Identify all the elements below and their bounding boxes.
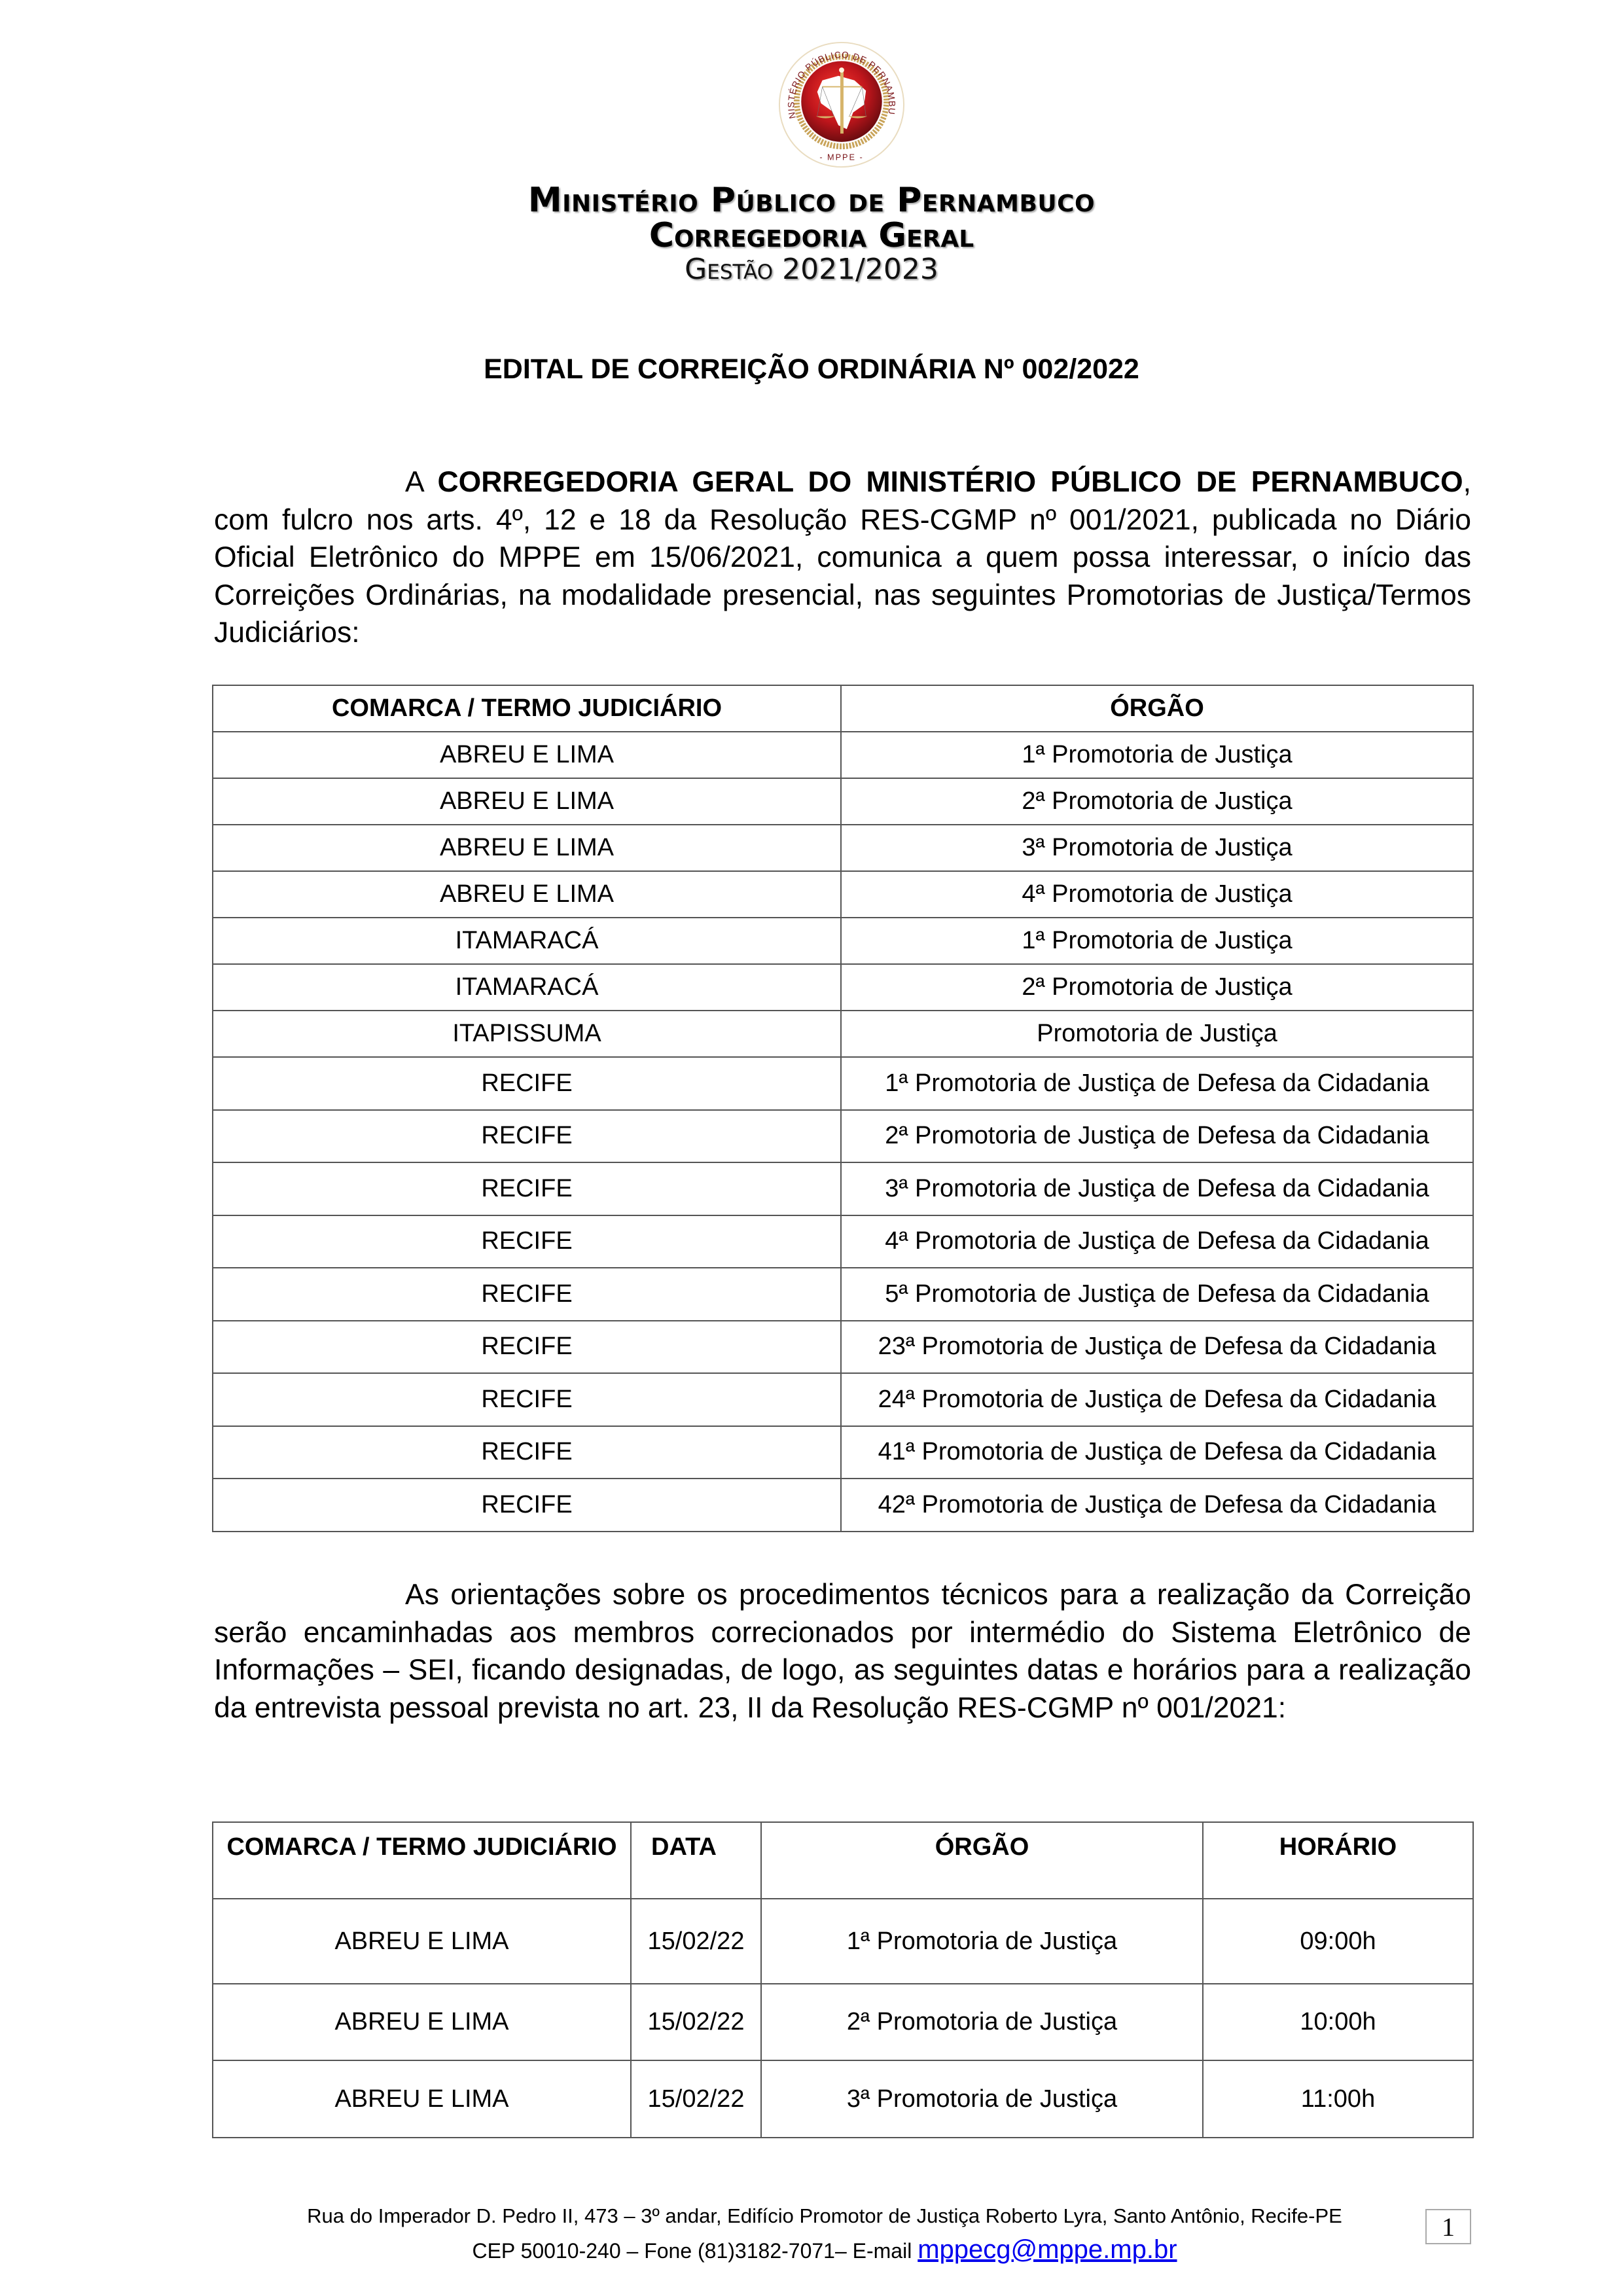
procedures-paragraph: As orientações sobre os procedimentos té… xyxy=(214,1576,1471,1727)
cell-orgao: 24ª Promotoria de Justiça de Defesa da C… xyxy=(841,1373,1473,1426)
cell-horario: 09:00h xyxy=(1203,1899,1473,1984)
cell-orgao: 2ª Promotoria de Justiça xyxy=(841,964,1473,1011)
table-row: RECIFE5ª Promotoria de Justiça de Defesa… xyxy=(213,1268,1473,1321)
table-row: RECIFE1ª Promotoria de Justiça de Defesa… xyxy=(213,1057,1473,1110)
cell-orgao: 1ª Promotoria de Justiça xyxy=(761,1899,1203,1984)
cell-comarca: ITAMARACÁ xyxy=(213,964,841,1011)
cell-orgao: 41ª Promotoria de Justiça de Defesa da C… xyxy=(841,1426,1473,1479)
cell-data: 15/02/22 xyxy=(631,2060,761,2138)
cell-comarca: ITAPISSUMA xyxy=(213,1011,841,1057)
cell-orgao: 3ª Promotoria de Justiça xyxy=(761,2060,1203,2138)
cell-comarca: RECIFE xyxy=(213,1162,841,1215)
table-row: RECIFE24ª Promotoria de Justiça de Defes… xyxy=(213,1373,1473,1426)
footer-contact: CEP 50010-240 – Fone (81)3182-7071– E-ma… xyxy=(249,2235,1400,2265)
intro-paragraph: A CORREGEDORIA GERAL DO MINISTÉRIO PÚBLI… xyxy=(214,463,1471,652)
cell-comarca: ABREU E LIMA xyxy=(213,2060,631,2138)
table-row: RECIFE4ª Promotoria de Justiça de Defesa… xyxy=(213,1215,1473,1268)
cell-orgao: 42ª Promotoria de Justiça de Defesa da C… xyxy=(841,1479,1473,1532)
table-row: ITAPISSUMAPromotoria de Justiça xyxy=(213,1011,1473,1057)
table-header-row: COMARCA / TERMO JUDICIÁRIO DATA ÓRGÃO HO… xyxy=(213,1822,1473,1899)
cell-comarca: RECIFE xyxy=(213,1321,841,1374)
table-row: ABREU E LIMA1ª Promotoria de Justiça xyxy=(213,732,1473,778)
table-row: ABREU E LIMA3ª Promotoria de Justiça xyxy=(213,825,1473,871)
cell-orgao: 3ª Promotoria de Justiça de Defesa da Ci… xyxy=(841,1162,1473,1215)
table-row: ITAMARACÁ1ª Promotoria de Justiça xyxy=(213,918,1473,964)
seal-bottom-text: - MPPE - xyxy=(819,152,863,162)
cell-comarca: ABREU E LIMA xyxy=(213,871,841,918)
cell-comarca: RECIFE xyxy=(213,1057,841,1110)
cell-comarca: ITAMARACÁ xyxy=(213,918,841,964)
table-row: ITAMARACÁ2ª Promotoria de Justiça xyxy=(213,964,1473,1011)
cell-orgao: 1ª Promotoria de Justiça xyxy=(841,732,1473,778)
cell-comarca: ABREU E LIMA xyxy=(213,1984,631,2060)
document-title: EDITAL DE CORREIÇÃO ORDINÁRIA Nº 002/202… xyxy=(0,353,1623,386)
cell-orgao: 3ª Promotoria de Justiça xyxy=(841,825,1473,871)
cell-comarca: ABREU E LIMA xyxy=(213,778,841,825)
column-header-comarca: COMARCA / TERMO JUDICIÁRIO xyxy=(213,1822,631,1899)
cell-comarca: RECIFE xyxy=(213,1479,841,1532)
interview-schedule-table: COMARCA / TERMO JUDICIÁRIO DATA ÓRGÃO HO… xyxy=(212,1821,1474,2138)
department-name: Corregedoria Geral xyxy=(0,216,1623,255)
column-header-comarca: COMARCA / TERMO JUDICIÁRIO xyxy=(213,685,841,732)
table-row: RECIFE23ª Promotoria de Justiça de Defes… xyxy=(213,1321,1473,1374)
column-header-horario: HORÁRIO xyxy=(1203,1822,1473,1899)
table-row: ABREU E LIMA2ª Promotoria de Justiça xyxy=(213,778,1473,825)
footer-contact-text: CEP 50010-240 – Fone (81)3182-7071– E-ma… xyxy=(472,2239,918,2263)
cell-orgao: 1ª Promotoria de Justiça de Defesa da Ci… xyxy=(841,1057,1473,1110)
table-row: ABREU E LIMA15/02/222ª Promotoria de Jus… xyxy=(213,1984,1473,2060)
table-row: ABREU E LIMA4ª Promotoria de Justiça xyxy=(213,871,1473,918)
cell-comarca: ABREU E LIMA xyxy=(213,732,841,778)
cell-comarca: RECIFE xyxy=(213,1110,841,1163)
institution-name: Ministério Público de Pernambuco xyxy=(0,181,1623,220)
cell-orgao: 4ª Promotoria de Justiça xyxy=(841,871,1473,918)
table-row: ABREU E LIMA15/02/223ª Promotoria de Jus… xyxy=(213,2060,1473,2138)
cell-orgao: 5ª Promotoria de Justiça de Defesa da Ci… xyxy=(841,1268,1473,1321)
cell-orgao: Promotoria de Justiça xyxy=(841,1011,1473,1057)
management-term: Gestão 2021/2023 xyxy=(0,253,1623,286)
mppe-seal-logo: MINISTÉRIO PÚBLICO DE PERNAMBUCO - MPPE … xyxy=(777,41,906,169)
table-row: RECIFE2ª Promotoria de Justiça de Defesa… xyxy=(213,1110,1473,1163)
column-header-orgao: ÓRGÃO xyxy=(841,685,1473,732)
cell-horario: 10:00h xyxy=(1203,1984,1473,2060)
cell-data: 15/02/22 xyxy=(631,1984,761,2060)
intro-bold-entity: CORREGEDORIA GERAL DO MINISTÉRIO PÚBLICO… xyxy=(437,466,1463,498)
column-header-orgao: ÓRGÃO xyxy=(761,1822,1203,1899)
inspection-units-table: COMARCA / TERMO JUDICIÁRIO ÓRGÃO ABREU E… xyxy=(212,685,1474,1532)
table-row: RECIFE42ª Promotoria de Justiça de Defes… xyxy=(213,1479,1473,1532)
table-row: ABREU E LIMA15/02/221ª Promotoria de Jus… xyxy=(213,1899,1473,1984)
cell-orgao: 2ª Promotoria de Justiça xyxy=(761,1984,1203,2060)
cell-data: 15/02/22 xyxy=(631,1899,761,1984)
footer-address: Rua do Imperador D. Pedro II, 473 – 3º a… xyxy=(249,2204,1400,2228)
cell-orgao: 23ª Promotoria de Justiça de Defesa da C… xyxy=(841,1321,1473,1374)
cell-comarca: RECIFE xyxy=(213,1373,841,1426)
cell-orgao: 1ª Promotoria de Justiça xyxy=(841,918,1473,964)
cell-horario: 11:00h xyxy=(1203,2060,1473,2138)
cell-comarca: RECIFE xyxy=(213,1268,841,1321)
cell-comarca: RECIFE xyxy=(213,1426,841,1479)
cell-orgao: 2ª Promotoria de Justiça de Defesa da Ci… xyxy=(841,1110,1473,1163)
page-number: 1 xyxy=(1425,2209,1471,2244)
table-row: RECIFE41ª Promotoria de Justiça de Defes… xyxy=(213,1426,1473,1479)
cell-orgao: 2ª Promotoria de Justiça xyxy=(841,778,1473,825)
table-row: RECIFE3ª Promotoria de Justiça de Defesa… xyxy=(213,1162,1473,1215)
table-header-row: COMARCA / TERMO JUDICIÁRIO ÓRGÃO xyxy=(213,685,1473,732)
intro-lead: A xyxy=(405,466,437,498)
column-header-data: DATA xyxy=(631,1822,761,1899)
footer-email-link[interactable]: mppecg@mppe.mp.br xyxy=(918,2235,1177,2264)
cell-comarca: RECIFE xyxy=(213,1215,841,1268)
cell-orgao: 4ª Promotoria de Justiça de Defesa da Ci… xyxy=(841,1215,1473,1268)
cell-comarca: ABREU E LIMA xyxy=(213,825,841,871)
cell-comarca: ABREU E LIMA xyxy=(213,1899,631,1984)
